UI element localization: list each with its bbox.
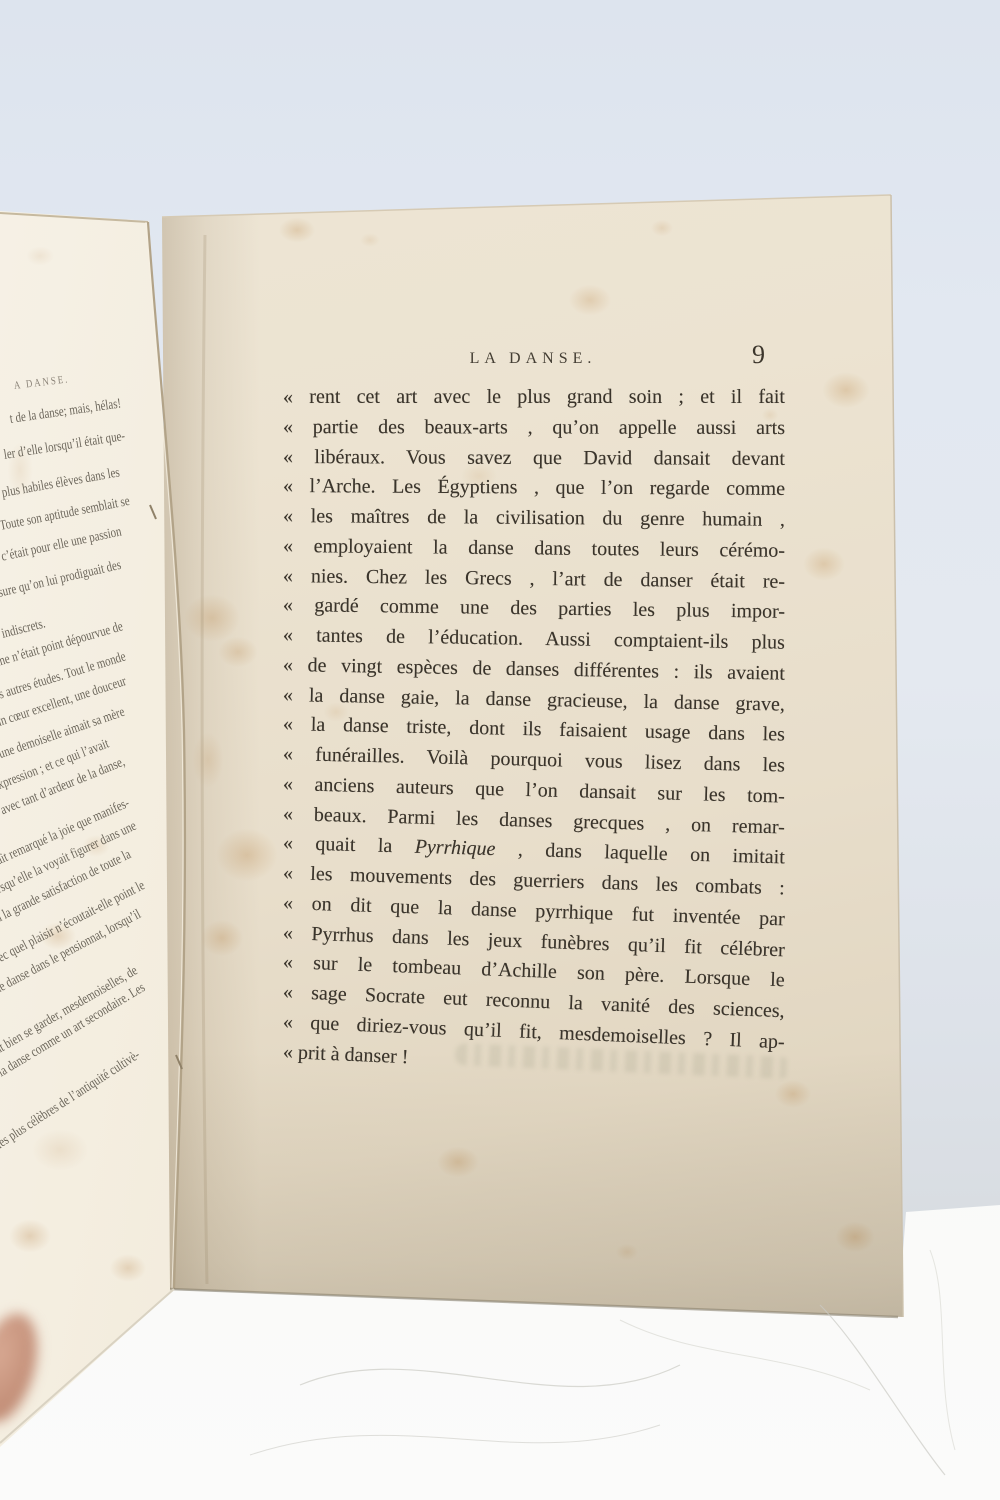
- photo-of-open-book: A DANSE. t de la danse; mais, hélas! ler…: [0, 0, 1000, 1500]
